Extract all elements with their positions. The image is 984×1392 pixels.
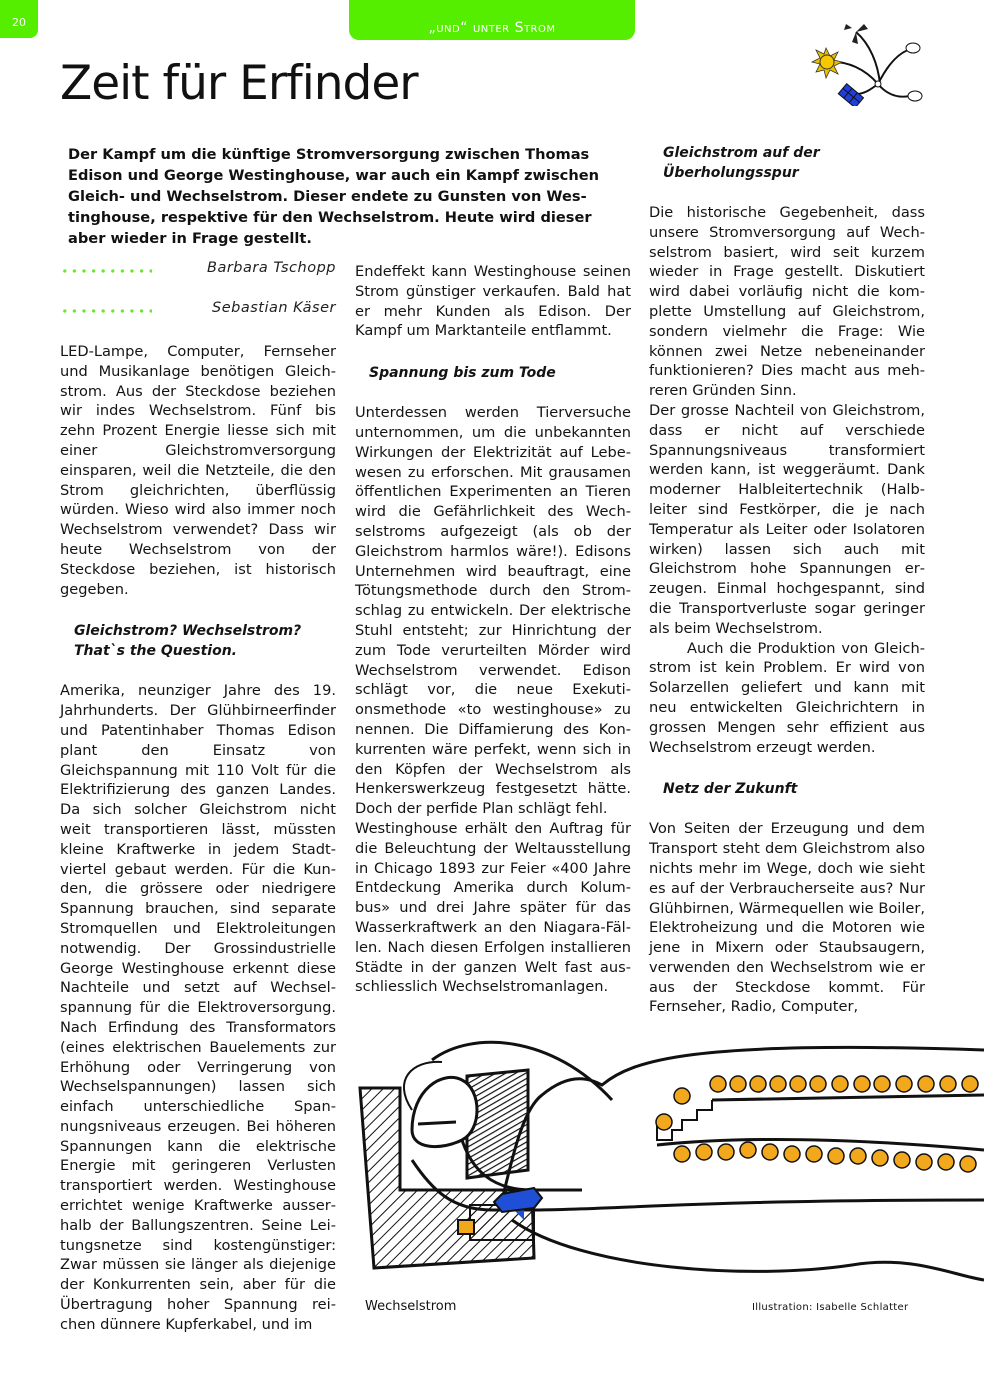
page-number: 20 [12, 16, 26, 29]
illustration-caption: Wechselstrom [365, 1299, 456, 1314]
subheading: Netz der Zukunft [649, 779, 925, 799]
section-label: „und“ unter Strom [428, 20, 555, 36]
paragraph: Westinghouse erhält den Auftrag für die … [355, 819, 631, 997]
paragraph: Endeffekt kann Westinghouse sei­nen Stro… [355, 262, 631, 341]
author-byline: Barbara Tschopp [60, 260, 336, 282]
page-number-tab: 20 [0, 0, 38, 38]
column-1: LED-Lampe, Computer, Fernseher und Musik… [60, 342, 336, 1335]
subheading: Spannung bis zum Tode [355, 363, 631, 383]
paragraph: Die historische Gegebenheit, dass unsere… [649, 203, 925, 401]
column-2: Endeffekt kann Westinghouse sei­nen Stro… [355, 262, 631, 997]
paragraph: LED-Lampe, Computer, Fernseher und Musik… [60, 342, 336, 599]
author-name: Sebastian Käser [212, 300, 336, 316]
subheading: Gleichstrom? Wechselstrom? That`s the Qu… [60, 621, 336, 661]
paragraph: Auch die Produktion von Gleich­strom ist… [649, 639, 925, 758]
author-byline: Sebastian Käser [60, 300, 336, 322]
author-name: Barbara Tschopp [207, 260, 336, 276]
paragraph: Der grosse Nachteil von Gleich­strom, da… [649, 401, 925, 639]
paragraph: Amerika, neunziger Jahre des 19. Jahrhun… [60, 681, 336, 1334]
illustration-credit: Illustration: Isabelle Schlatter [752, 1302, 908, 1313]
subheading: Gleichstrom auf der Überholungsspur [649, 143, 925, 183]
column-3: Gleichstrom auf der Überholungsspur Die … [649, 143, 925, 1017]
section-tab: „und“ unter Strom [349, 0, 635, 40]
alternating-current-illustration [352, 1040, 984, 1292]
paragraph: Von Seiten der Erzeugung und dem Transpo… [649, 819, 925, 1017]
energy-logo-icon [808, 24, 928, 106]
dot-separator [60, 309, 152, 313]
article-title: Zeit für Erfinder [60, 56, 418, 111]
paragraph: Unterdessen werden Tierversuche unternom… [355, 403, 631, 819]
dot-separator [60, 269, 152, 273]
article-lead: Der Kampf um die künftige Stromversorgun… [68, 144, 613, 249]
